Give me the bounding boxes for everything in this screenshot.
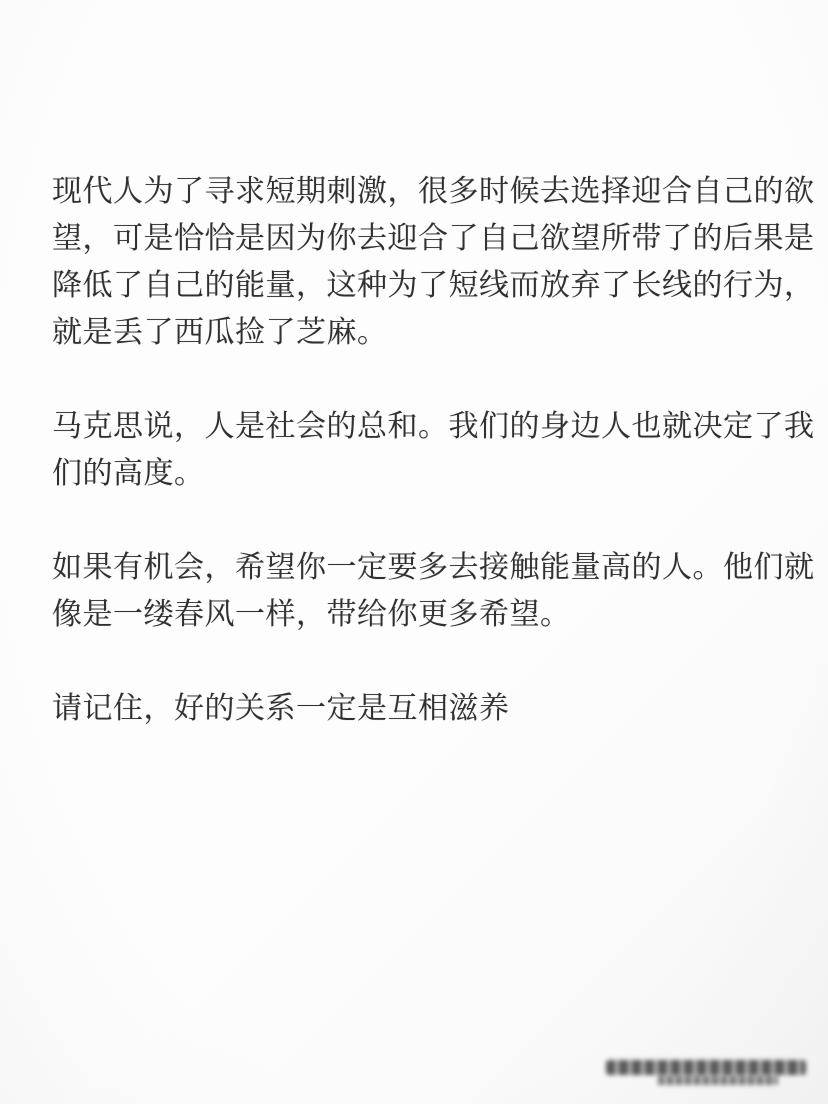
watermark-line: [658, 1076, 778, 1085]
paragraph: 现代人为了寻求短期刺激，很多时候去选择迎合自己的欲 望，可是恰恰是因为你去迎合了…: [52, 168, 792, 356]
text-line: 降低了自己的能量，这种为了短线而放弃了长线的行为，: [52, 262, 792, 309]
watermark-line: [606, 1060, 806, 1075]
text-line: 如果有机会，希望你一定要多去接触能量高的人。他们就: [52, 544, 792, 591]
watermark-blurred: [588, 1056, 818, 1092]
text-line: 马克思说，人是社会的总和。我们的身边人也就决定了我: [52, 403, 792, 450]
article-text: 现代人为了寻求短期刺激，很多时候去选择迎合自己的欲 望，可是恰恰是因为你去迎合了…: [52, 168, 792, 779]
paragraph: 请记住，好的关系一定是互相滋养: [52, 685, 792, 732]
text-line: 现代人为了寻求短期刺激，很多时候去选择迎合自己的欲: [52, 168, 792, 215]
text-line: 们的高度。: [52, 450, 792, 497]
paragraph: 如果有机会，希望你一定要多去接触能量高的人。他们就 像是一缕春风一样，带给你更多…: [52, 544, 792, 638]
text-line: 就是丢了西瓜捡了芝麻。: [52, 309, 792, 356]
text-line: 请记住，好的关系一定是互相滋养: [52, 685, 792, 732]
text-line: 像是一缕春风一样，带给你更多希望。: [52, 591, 792, 638]
text-line: 望，可是恰恰是因为你去迎合了自己欲望所带了的后果是: [52, 215, 792, 262]
paragraph: 马克思说，人是社会的总和。我们的身边人也就决定了我 们的高度。: [52, 403, 792, 497]
